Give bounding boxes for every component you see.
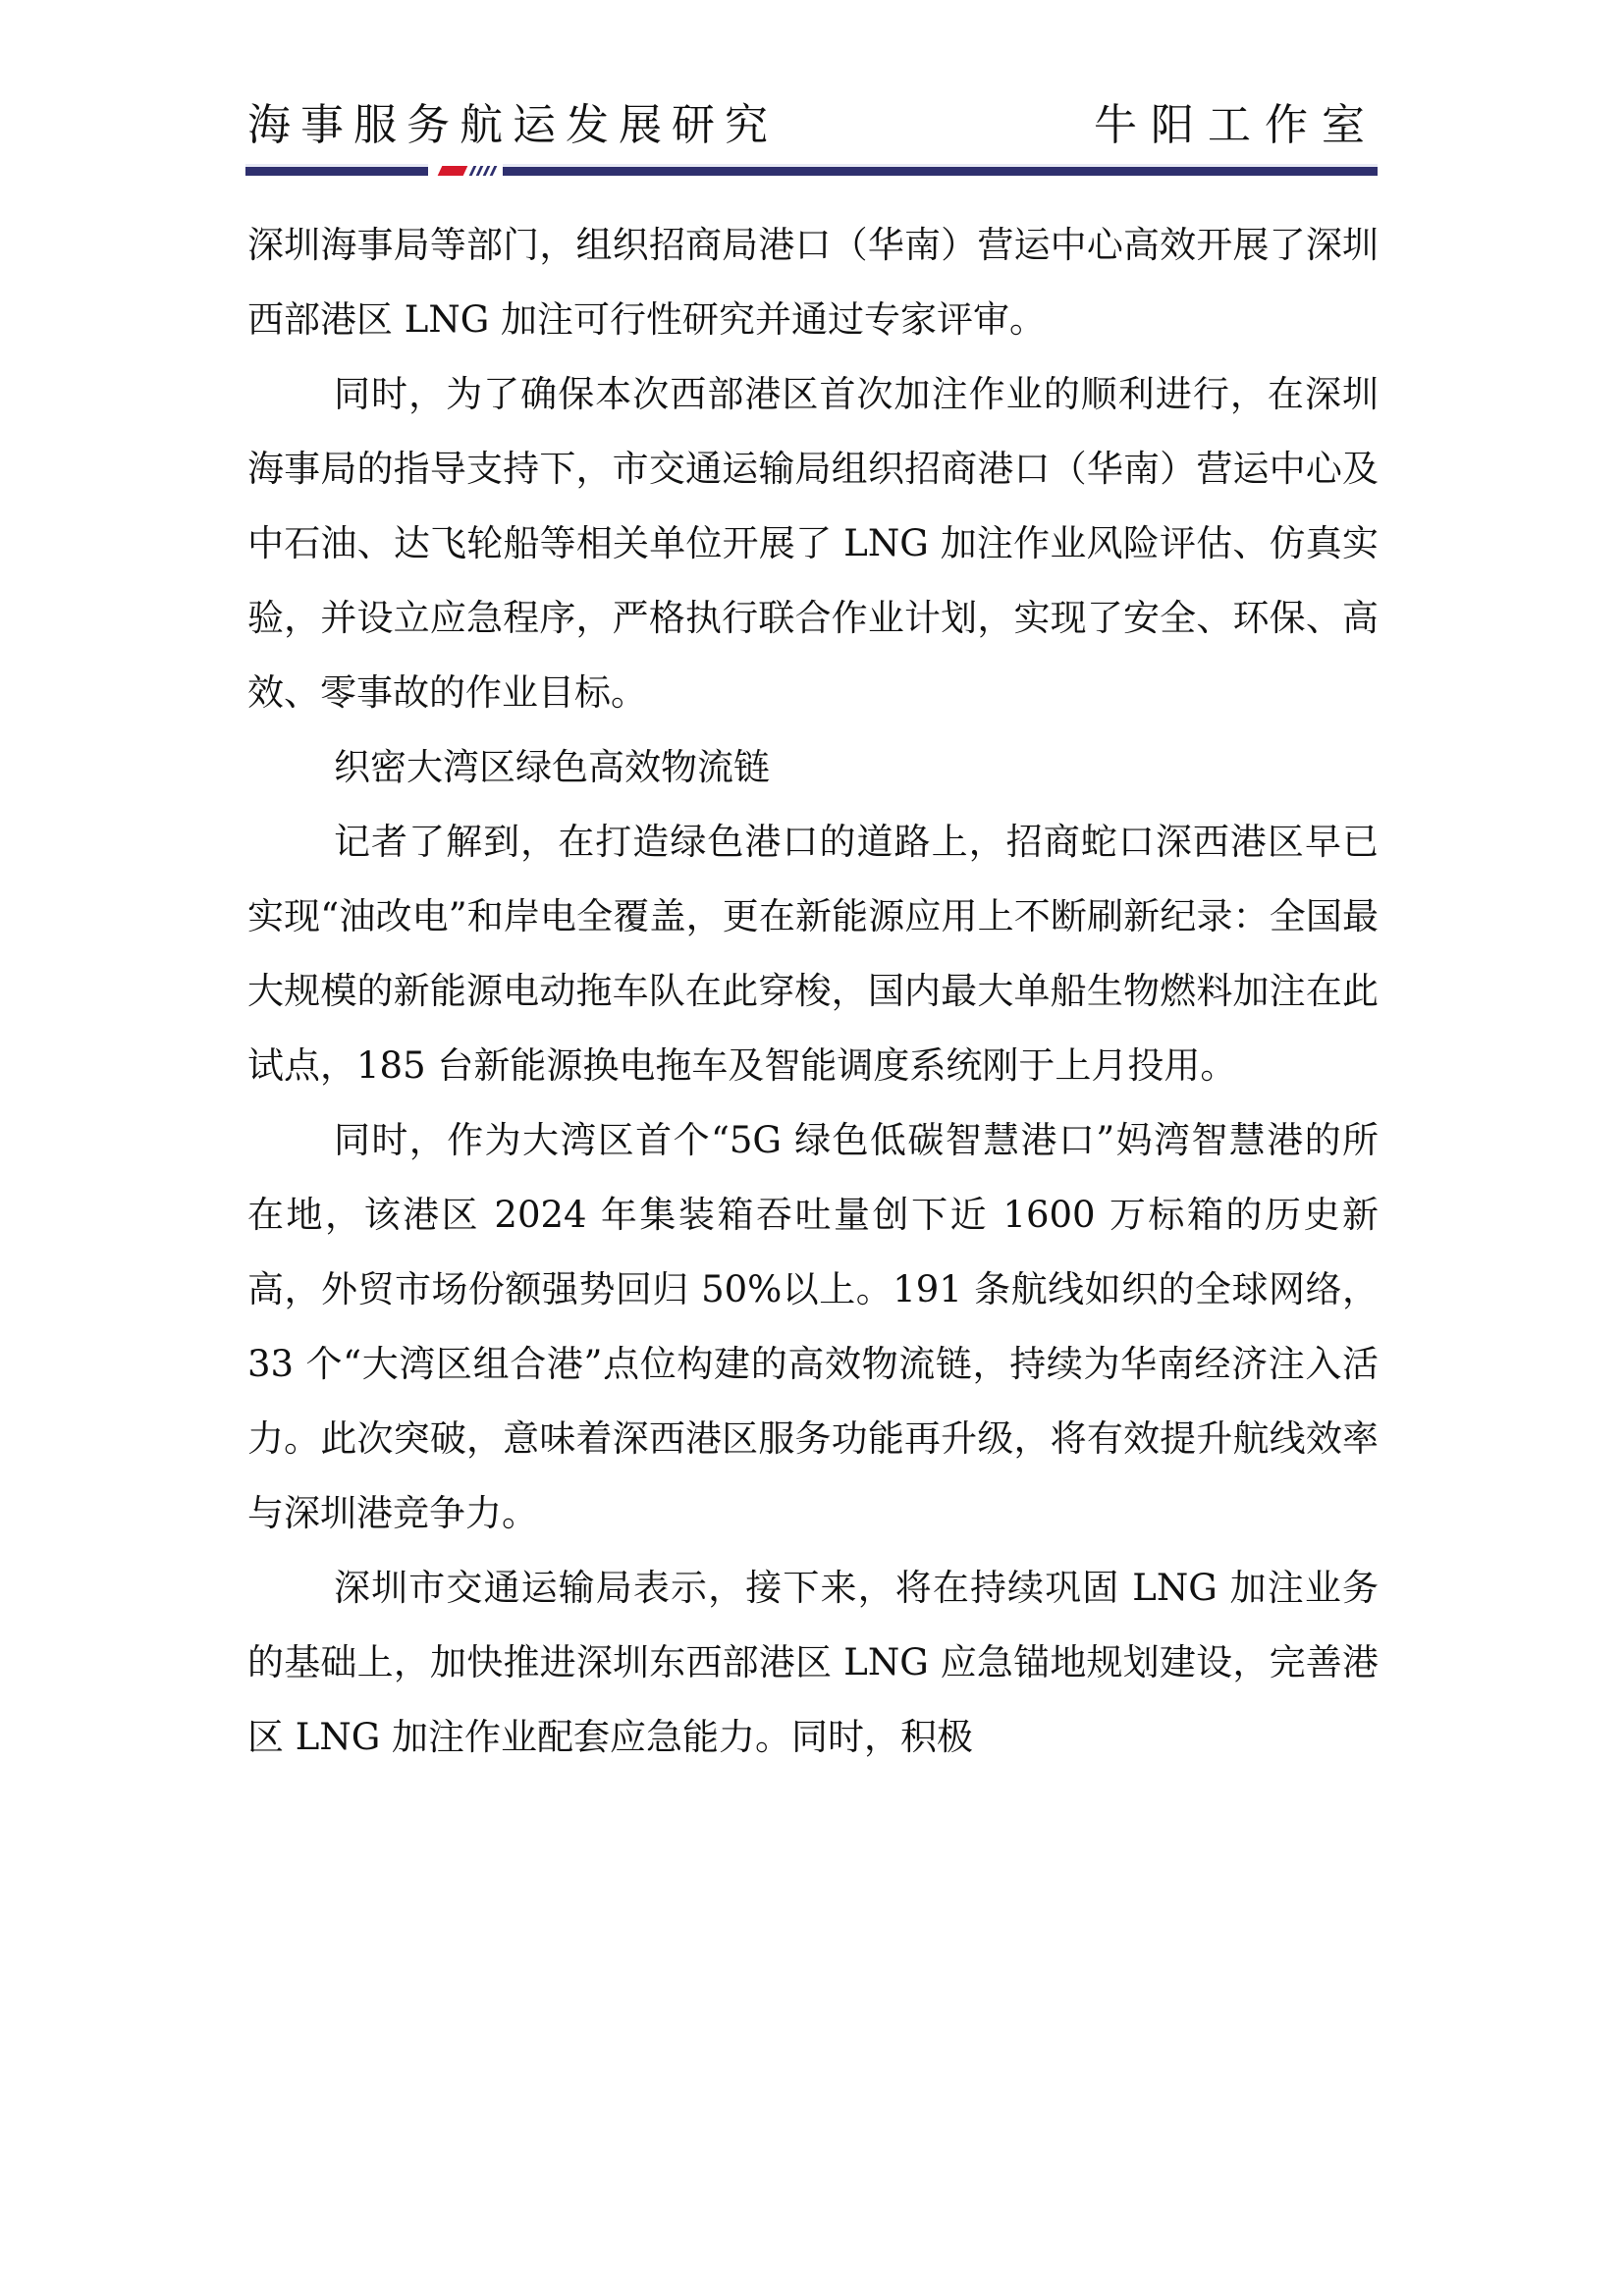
article-body: 深圳海事局等部门，组织招商局港口（华南）营运中心高效开展了深圳西部港区 LNG … bbox=[247, 208, 1379, 1775]
paragraph: 深圳市交通运输局表示，接下来，将在持续巩固 LNG 加注业务的基础上，加快推进深… bbox=[247, 1551, 1379, 1775]
paragraph: 深圳海事局等部门，组织招商局港口（华南）营运中心高效开展了深圳西部港区 LNG … bbox=[247, 208, 1379, 357]
header-rule bbox=[245, 167, 1378, 176]
page-header: 海事服务航运发展研究 牛阳工作室 bbox=[247, 96, 1379, 155]
header-rule-accent-icon bbox=[428, 163, 503, 179]
red-accent-bar bbox=[438, 166, 468, 176]
paragraph: 记者了解到，在打造绿色港口的道路上，招商蛇口深西港区早已实现“油改电”和岸电全覆… bbox=[247, 805, 1379, 1103]
studio-name: 牛阳工作室 bbox=[1094, 96, 1379, 155]
paragraph: 同时，为了确保本次西部港区首次加注作业的顺利进行，在深圳海事局的指导支持下，市交… bbox=[247, 357, 1379, 730]
paragraph: 同时，作为大湾区首个“5G 绿色低碳智慧港口”妈湾智慧港的所在地，该港区 202… bbox=[247, 1103, 1379, 1551]
publication-title: 海事服务航运发展研究 bbox=[247, 96, 778, 155]
section-subheading: 织密大湾区绿色高效物流链 bbox=[247, 730, 1379, 805]
accent-stripe bbox=[490, 166, 498, 176]
